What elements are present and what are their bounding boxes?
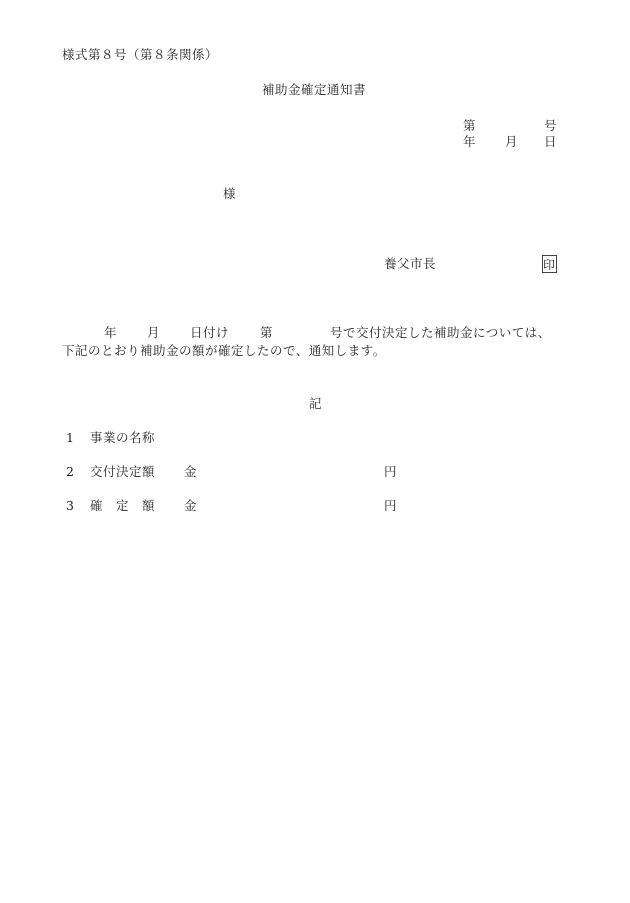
body-date-label: 日付け <box>190 325 229 341</box>
date-month-label: 月 <box>505 134 518 150</box>
reference-dai: 第 <box>463 118 476 134</box>
seal-stamp: 印 <box>542 255 557 273</box>
seal-label: 印 <box>543 256 555 274</box>
date-year-label: 年 <box>463 134 476 150</box>
ki-heading: 記 <box>309 396 322 412</box>
body-year-label: 年 <box>104 325 117 341</box>
item-number: 2 <box>66 464 74 480</box>
item-label: 事業の名称 <box>90 430 155 446</box>
date-day-label: 日 <box>544 134 557 150</box>
recipient-suffix: 様 <box>223 186 236 202</box>
item-amount-prefix: 金 <box>184 464 197 480</box>
document-title: 補助金確定通知書 <box>262 82 366 98</box>
body-dai-label: 第 <box>260 325 273 341</box>
reference-go: 号 <box>544 118 557 134</box>
item-amount-unit: 円 <box>384 464 397 480</box>
item-amount-prefix: 金 <box>184 498 197 514</box>
item-amount-unit: 円 <box>384 498 397 514</box>
body-line2: 下記のとおり補助金の額が確定したので、通知します。 <box>62 343 386 359</box>
body-line1-rest: 号で交付決定した補助金については、 <box>330 325 551 341</box>
item-label: 確 定 額 <box>90 498 155 514</box>
item-label: 交付決定額 <box>90 464 155 480</box>
body-month-label: 月 <box>147 325 160 341</box>
item-number: 3 <box>66 498 74 514</box>
form-number: 様式第８号（第８条関係） <box>62 47 218 63</box>
issuer-name: 養父市長 <box>384 256 436 272</box>
item-number: 1 <box>66 430 74 446</box>
